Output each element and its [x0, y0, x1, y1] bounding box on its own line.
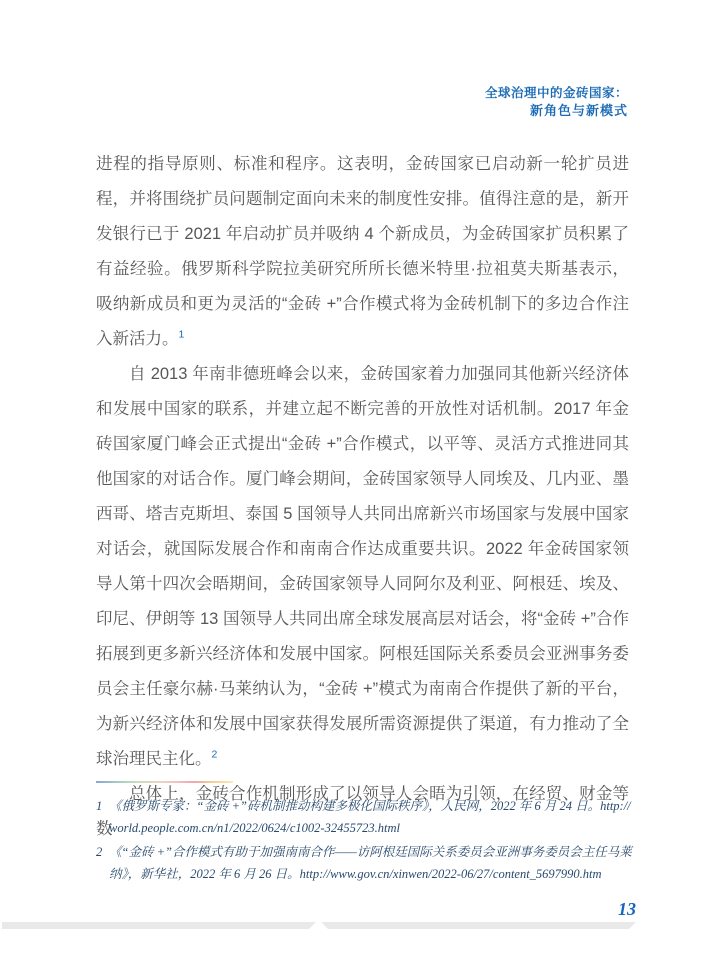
footnote-item-1: 1 《俄罗斯专家：“金砖 +”砖机制推动构建多极化国际秩序》，人民网，2022 …	[96, 795, 636, 839]
footnote-item-2: 2 《“金砖 +”合作模式有助于加强南南合作——访阿根廷国际关系委员会亚洲事务委…	[96, 841, 636, 885]
footnote-1-number: 1	[96, 795, 109, 839]
footnote-ref-1: 1	[179, 329, 185, 341]
document-page: 全球治理中的金砖国家： 新角色与新模式 进程的指导原则、标准和程序。这表明，金砖…	[0, 0, 710, 978]
footnote-2-number: 2	[96, 841, 109, 885]
running-header-subtitle: 新角色与新模式	[485, 102, 628, 120]
paragraph-2-text: 自 2013 年南非德班峰会以来，金砖国家着力加强同其他新兴经济体和发展中国家的…	[96, 365, 629, 768]
footer-shadow-bar-right	[321, 922, 636, 929]
paragraph-1: 进程的指导原则、标准和程序。这表明，金砖国家已启动新一轮扩员进程，并将围绕扩员问…	[96, 147, 629, 357]
page-number: 13	[618, 899, 636, 920]
paragraph-2: 自 2013 年南非德班峰会以来，金砖国家着力加强同其他新兴经济体和发展中国家的…	[96, 357, 629, 777]
footnote-separator-line	[96, 781, 233, 783]
running-header: 全球治理中的金砖国家： 新角色与新模式	[485, 84, 628, 120]
body-text: 进程的指导原则、标准和程序。这表明，金砖国家已启动新一轮扩员进程，并将围绕扩员问…	[96, 147, 629, 847]
footnote-ref-2: 2	[212, 749, 218, 761]
footer-shadow-bar-left	[2, 922, 316, 929]
paragraph-1-text: 进程的指导原则、标准和程序。这表明，金砖国家已启动新一轮扩员进程，并将围绕扩员问…	[96, 155, 629, 348]
footnotes-section: 1 《俄罗斯专家：“金砖 +”砖机制推动构建多极化国际秩序》，人民网，2022 …	[96, 781, 636, 885]
footnote-2-text: 《“金砖 +”合作模式有助于加强南南合作——访阿根廷国际关系委员会亚洲事务委员会…	[109, 841, 636, 885]
running-header-title: 全球治理中的金砖国家：	[485, 84, 628, 102]
footnote-1-text: 《俄罗斯专家：“金砖 +”砖机制推动构建多极化国际秩序》，人民网，2022 年 …	[109, 795, 636, 839]
